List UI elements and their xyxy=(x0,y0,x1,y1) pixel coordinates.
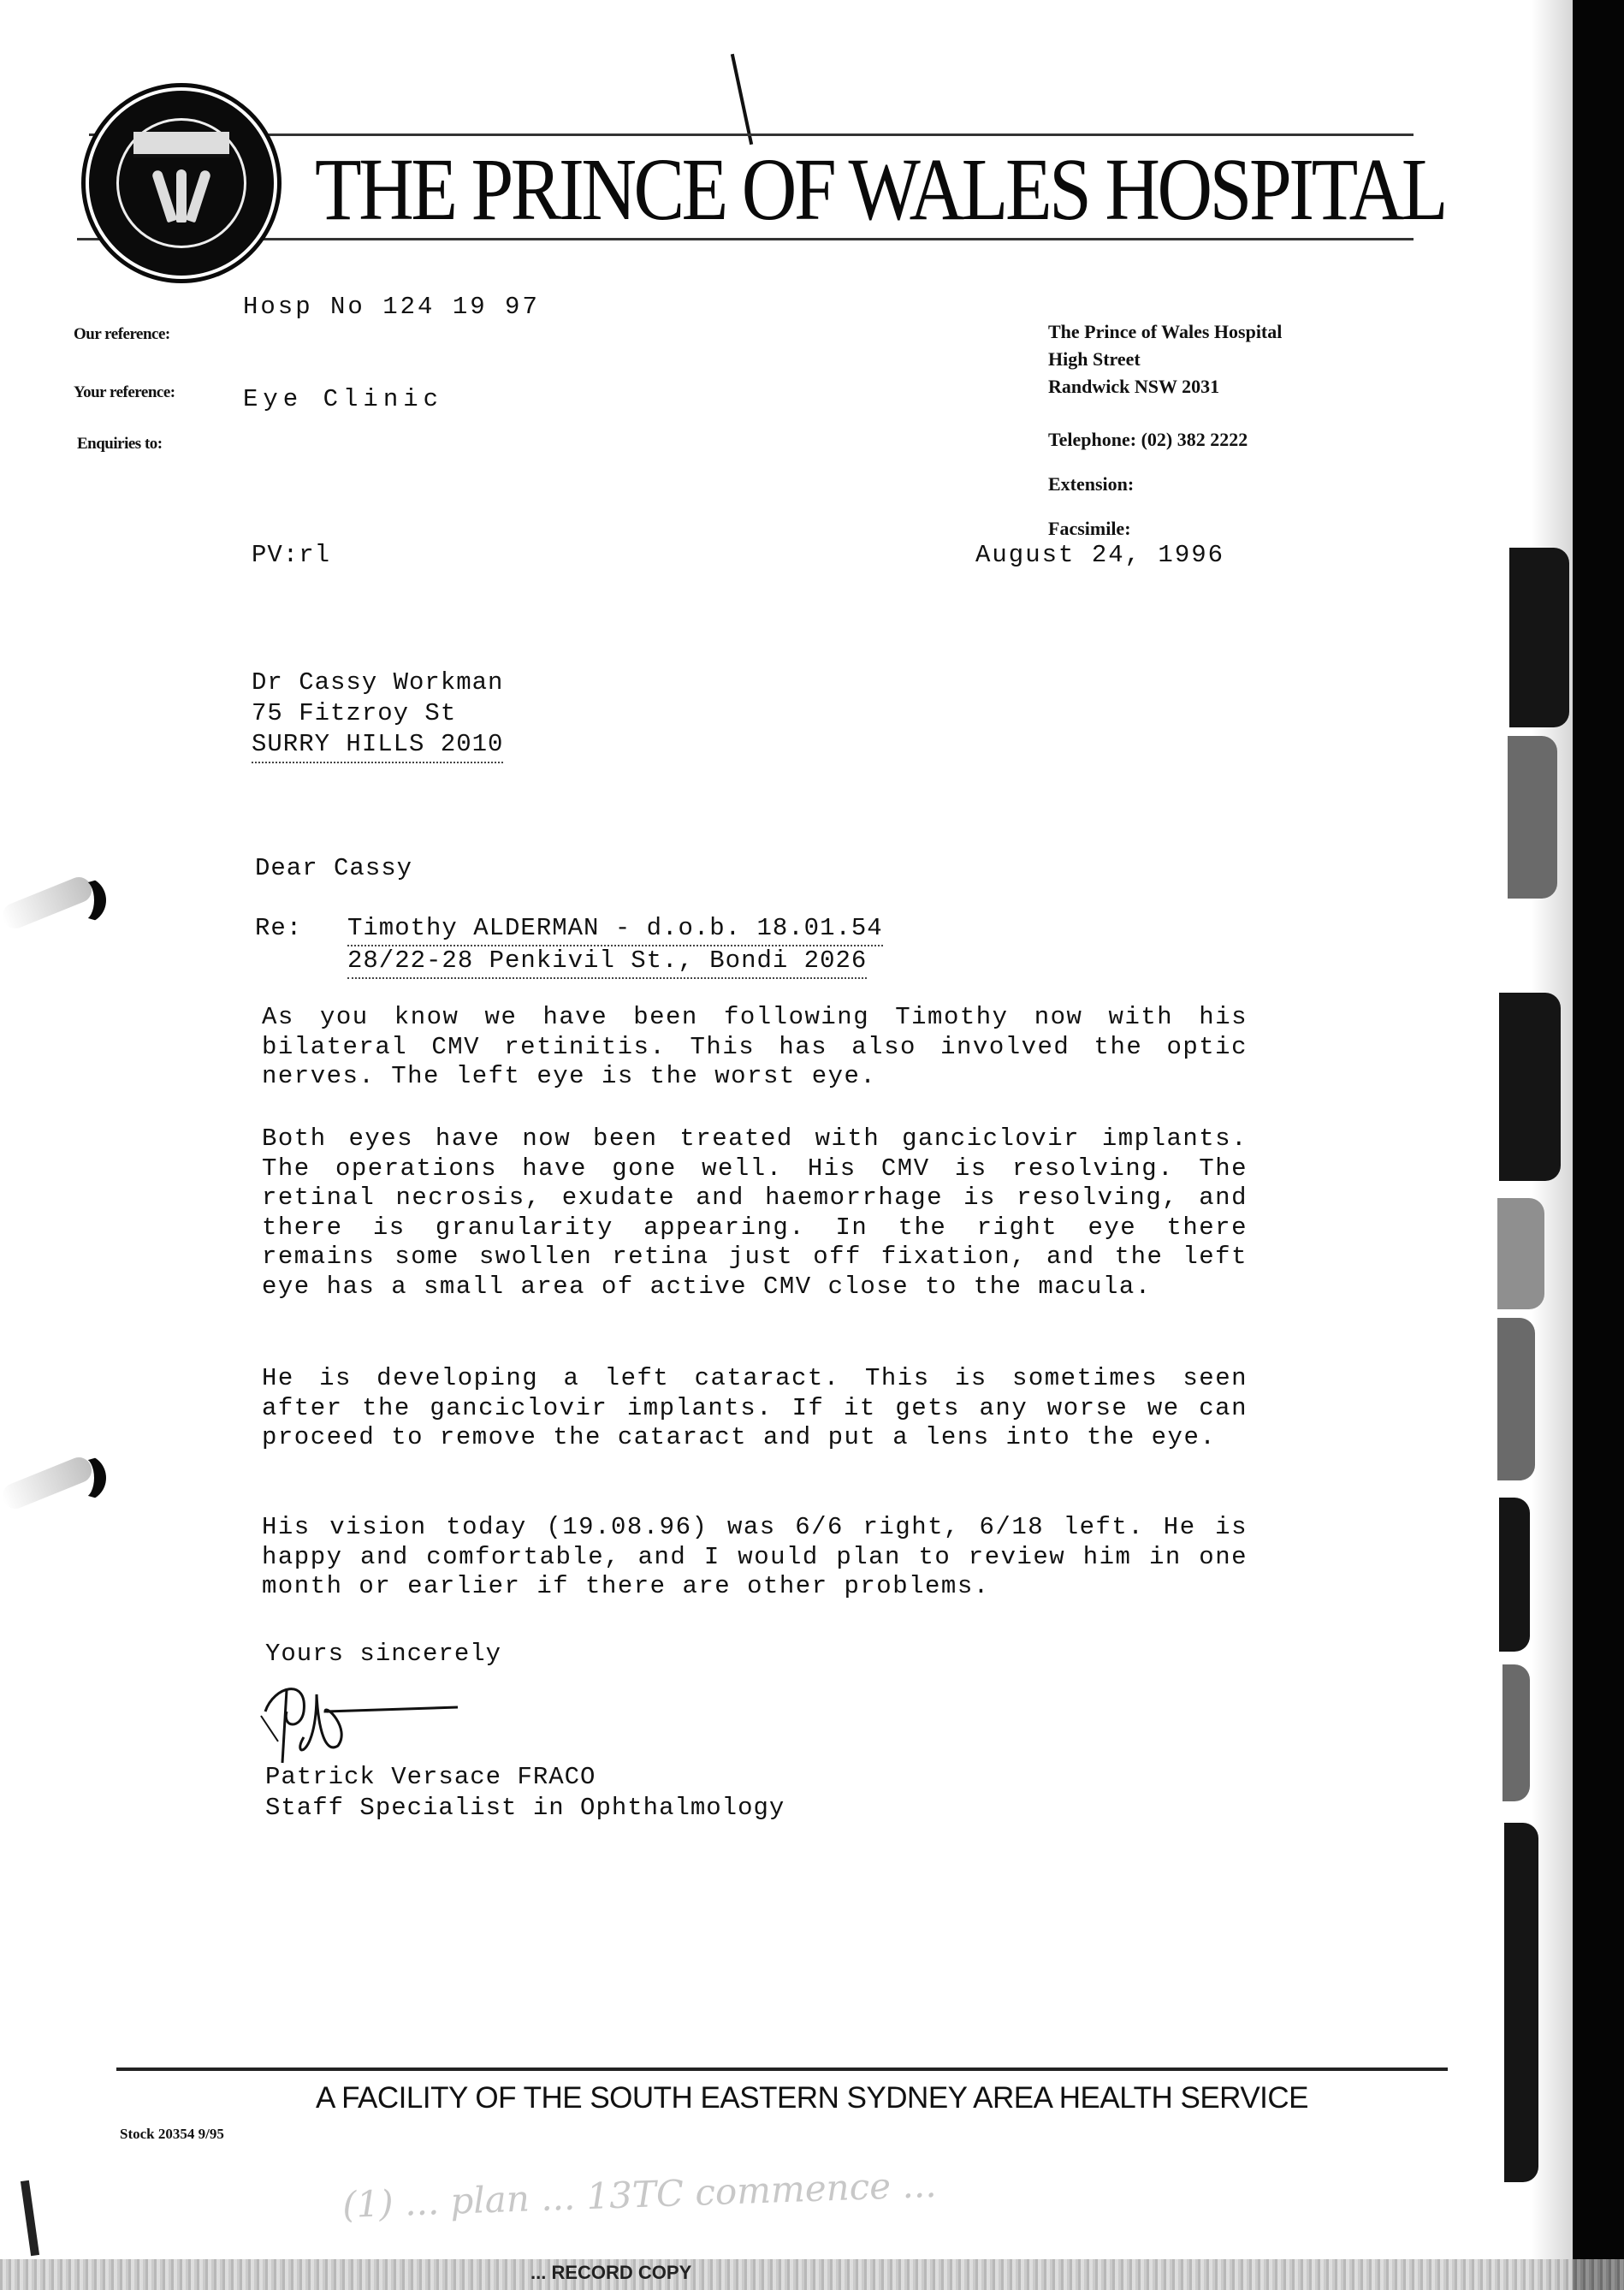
hospital-name: THE PRINCE OF WALES HOSPITAL xyxy=(315,145,1445,234)
recipient-street: 75 Fitzroy St xyxy=(252,698,503,729)
divider-tab xyxy=(1509,548,1569,727)
body-paragraph: His vision today (19.08.96) was 6/6 righ… xyxy=(262,1513,1248,1602)
pen-mark xyxy=(731,54,753,145)
signatory-name: Patrick Versace FRACO xyxy=(265,1763,596,1791)
recipient-address: Dr Cassy Workman 75 Fitzroy St SURRY HIL… xyxy=(252,667,503,763)
handwritten-signature-icon xyxy=(257,1677,462,1771)
prince-of-wales-feathers-seal-icon xyxy=(86,87,277,279)
our-reference-label: Our reference: xyxy=(74,325,170,344)
address-line: Randwick NSW 2031 xyxy=(1048,373,1282,400)
divider-tab xyxy=(1499,1498,1530,1652)
stock-number: Stock 20354 9/95 xyxy=(120,2126,224,2143)
punch-hole-icon xyxy=(62,877,106,923)
footer-rule xyxy=(116,2068,1448,2071)
divider-tab xyxy=(1499,993,1561,1181)
body-paragraph: He is developing a left cataract. This i… xyxy=(262,1364,1248,1453)
enquiries-to-label: Enquiries to: xyxy=(77,435,163,454)
recipient-suburb: SURRY HILLS 2010 xyxy=(252,729,503,763)
facsimile-label: Facsimile: xyxy=(1048,515,1282,543)
body-paragraph: Both eyes have now been treated with gan… xyxy=(262,1124,1248,1302)
address-line: High Street xyxy=(1048,346,1282,373)
signatory-title: Staff Specialist in Ophthalmology xyxy=(265,1794,785,1822)
scan-noise xyxy=(0,2259,1624,2290)
letter-date: August 24, 1996 xyxy=(975,541,1224,569)
hospital-address: The Prince of Wales Hospital High Street… xyxy=(1048,318,1282,543)
address-line: The Prince of Wales Hospital xyxy=(1048,318,1282,346)
header-rule-top xyxy=(89,133,1414,136)
punch-hole-icon xyxy=(62,1455,106,1501)
typist-initials: PV:rl xyxy=(252,541,330,569)
re-subject: Timothy ALDERMAN - d.o.b. 18.01.54 28/22… xyxy=(347,914,883,979)
re-patient-line: Timothy ALDERMAN - d.o.b. 18.01.54 xyxy=(347,914,883,946)
closing: Yours sincerely xyxy=(265,1640,501,1668)
divider-tab xyxy=(1504,1823,1538,2182)
scan-edge-right xyxy=(1573,0,1624,2290)
divider-tab xyxy=(1497,1198,1544,1309)
our-reference-value: Hosp No 124 19 97 xyxy=(243,293,540,321)
divider-tab xyxy=(1497,1318,1535,1480)
recipient-name: Dr Cassy Workman xyxy=(252,667,503,698)
telephone: Telephone: (02) 382 2222 xyxy=(1048,426,1282,454)
your-reference-label: Your reference: xyxy=(74,383,175,402)
divider-tab xyxy=(1502,1664,1530,1801)
handwritten-note: (1) ... plan ... 13TC commence ... xyxy=(341,2163,937,2226)
re-address-line: 28/22-28 Penkivil St., Bondi 2026 xyxy=(347,946,867,979)
record-copy-stamp: ... RECORD COPY xyxy=(530,2262,691,2284)
re-label: Re: xyxy=(255,914,302,942)
divider-tab xyxy=(1508,736,1557,899)
your-reference-value: Eye Clinic xyxy=(243,385,443,413)
facility-footer: A FACILITY OF THE SOUTH EASTERN SYDNEY A… xyxy=(0,2081,1624,2115)
salutation: Dear Cassy xyxy=(255,854,412,882)
extension-label: Extension: xyxy=(1048,471,1282,498)
body-paragraph: As you know we have been following Timot… xyxy=(262,1003,1248,1092)
pen-mark xyxy=(21,2180,39,2257)
